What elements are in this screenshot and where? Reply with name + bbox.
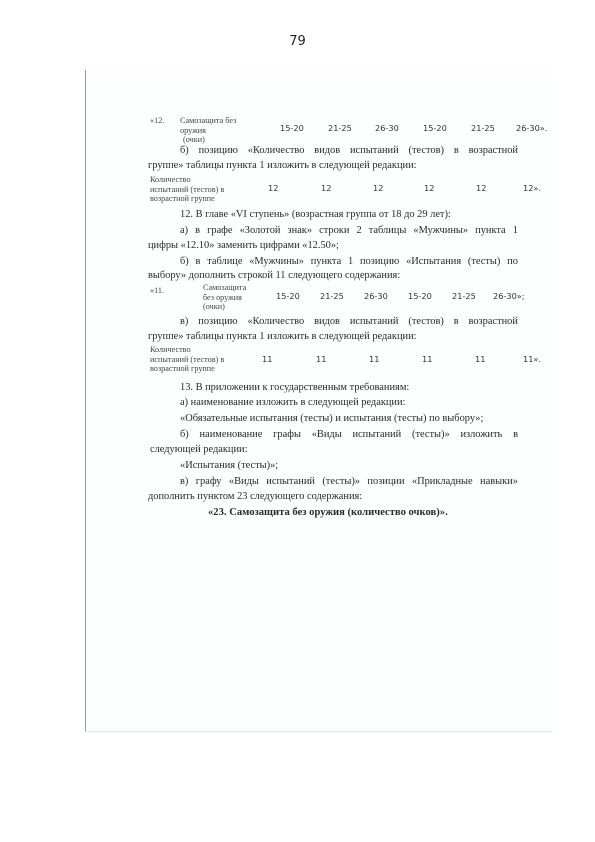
item-12-b-line1: б) в таблице «Мужчины» пункта 1 позицию … [180,256,518,268]
item-13-v-line2: дополнить пунктом 23 следующего содержан… [148,491,362,503]
cell: 26-30 [364,291,388,301]
row-label: Количество испытаний (тестов) в возрастн… [150,345,224,374]
cell: 15-20 [280,123,304,133]
cell: 21-25 [328,123,352,133]
item-12-a-line1: а) в графе «Золотой знак» строки 2 табли… [180,225,518,237]
row-number: «12. [150,116,164,126]
row-label: Количество испытаний (тестов) в возрастн… [150,175,224,204]
paragraph-v-line1: в) позицию «Количество видов испытаний (… [180,316,518,328]
item-12-a-line2: цифры «12.10» заменить цифрами «12.50»; [148,240,339,252]
cell: 12». [523,183,541,193]
cell: 12 [424,183,434,193]
item-13-final: «23. Самозащита без оружия (количество о… [208,507,448,519]
item-13-v-line1: в) графу «Виды испытаний (тесты)» позици… [180,476,518,488]
item-13-b-line2: следующей редакции: [150,444,247,456]
cell: 11 [369,354,379,364]
page-number: 79 [0,34,595,49]
item-13-a-quote: «Обязательные испытания (тесты) и испыта… [180,413,483,425]
paragraph-b-line1: б) позицию «Количество видов испытаний (… [180,145,518,157]
cell: 26-30 [375,123,399,133]
cell: 11 [475,354,485,364]
item-13-heading: 13. В приложении к государственным требо… [180,382,409,394]
cell: 11 [316,354,326,364]
cell: 21-25 [452,291,476,301]
item-12-b-line2: выбору» дополнить строкой 11 следующего … [148,270,400,282]
row-label: Самозащита без оружия (очки) [203,283,246,312]
cell: 11 [422,354,432,364]
cell: 15-20 [276,291,300,301]
row-label: Самозащита без оружия (очки) [180,116,236,145]
cell: 21-25 [471,123,495,133]
paragraph-v-line2: группе» таблицы пункта 1 изложить в след… [148,331,417,343]
cell: 15-20 [408,291,432,301]
cell: 26-30»; [493,291,525,301]
row-number: «11. [150,286,164,296]
cell: 26-30». [516,123,547,133]
item-13-b-quote: «Испытания (тесты)»; [180,460,278,472]
paragraph-b-line2: группе» таблицы пункта 1 изложить в след… [148,160,417,172]
item-12-heading: 12. В главе «VI ступень» (возрастная гру… [180,209,451,221]
item-13-a: а) наименование изложить в следующей ред… [180,397,405,409]
item-13-b-line1: б) наименование графы «Виды испытаний (т… [180,429,518,441]
cell: 12 [268,183,278,193]
cell: 12 [321,183,331,193]
cell: 12 [373,183,383,193]
cell: 11 [262,354,272,364]
cell: 15-20 [423,123,447,133]
cell: 11». [523,354,541,364]
cell: 21-25 [320,291,344,301]
cell: 12 [476,183,486,193]
